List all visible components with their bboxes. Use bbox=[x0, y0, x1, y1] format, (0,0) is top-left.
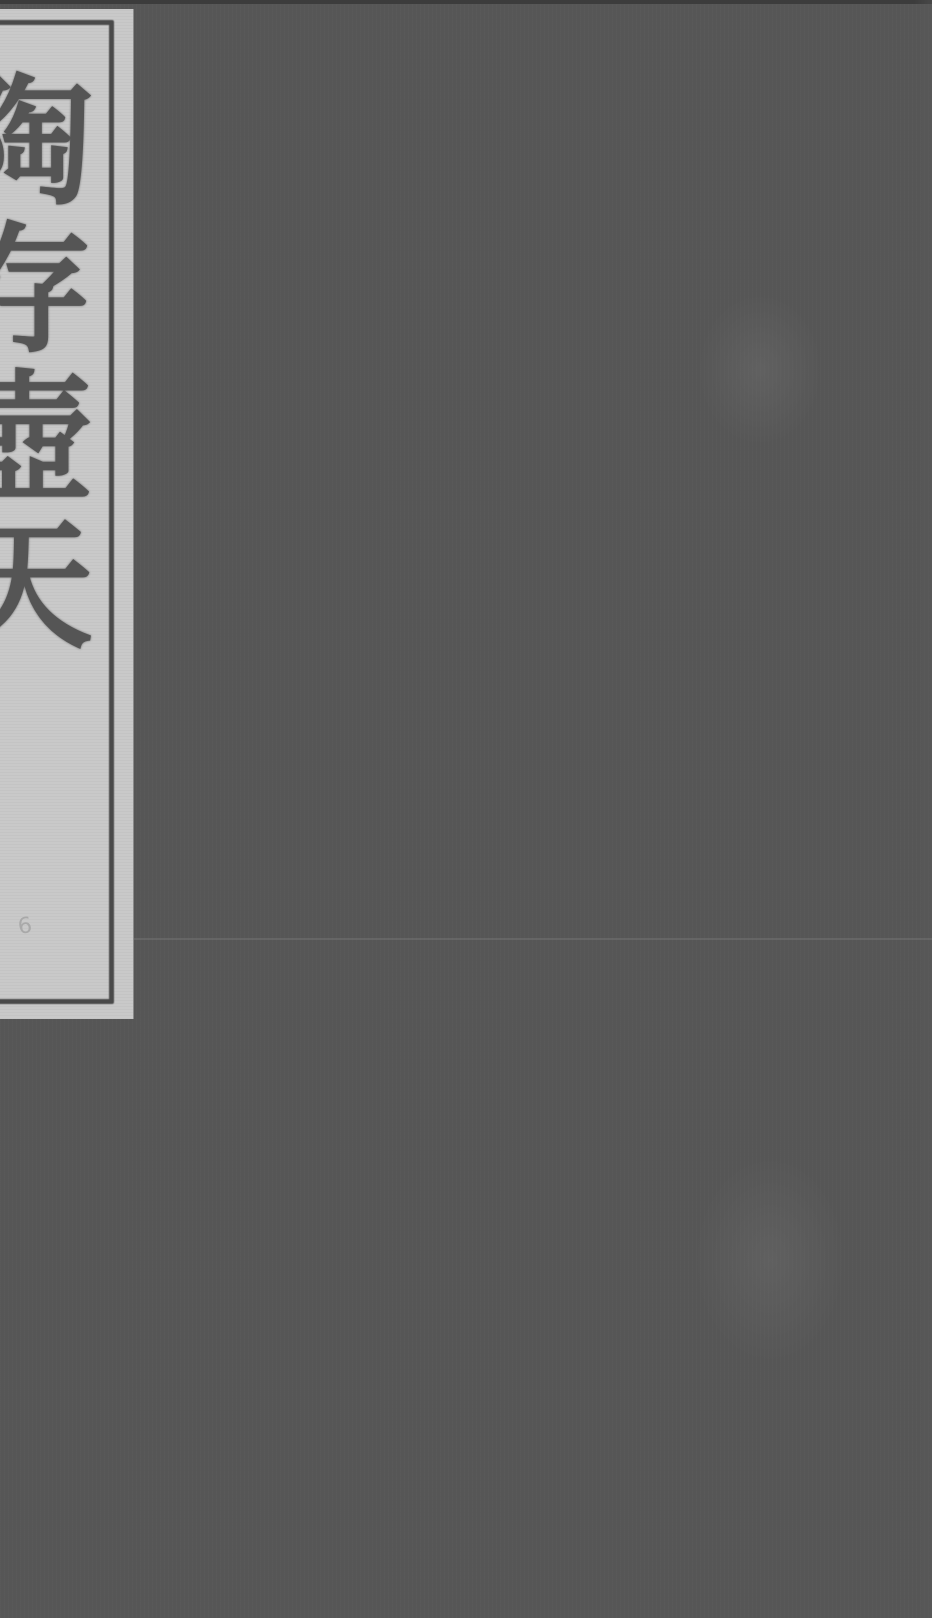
title-char-2: 存 bbox=[0, 217, 93, 365]
title-char-1: 陶 bbox=[0, 69, 93, 217]
title-slip: 陶 存 壺 天 6 bbox=[0, 9, 133, 1019]
title-char-3: 壺 bbox=[0, 365, 93, 513]
title-char-4: 天 bbox=[0, 513, 93, 661]
cover-right-edge bbox=[914, 0, 932, 1618]
cover-top-edge bbox=[0, 0, 932, 4]
cover-crease-line bbox=[134, 938, 932, 940]
title-text: 陶 存 壺 天 bbox=[0, 69, 98, 661]
book-cover: 陶 存 壺 天 6 bbox=[0, 0, 932, 1618]
